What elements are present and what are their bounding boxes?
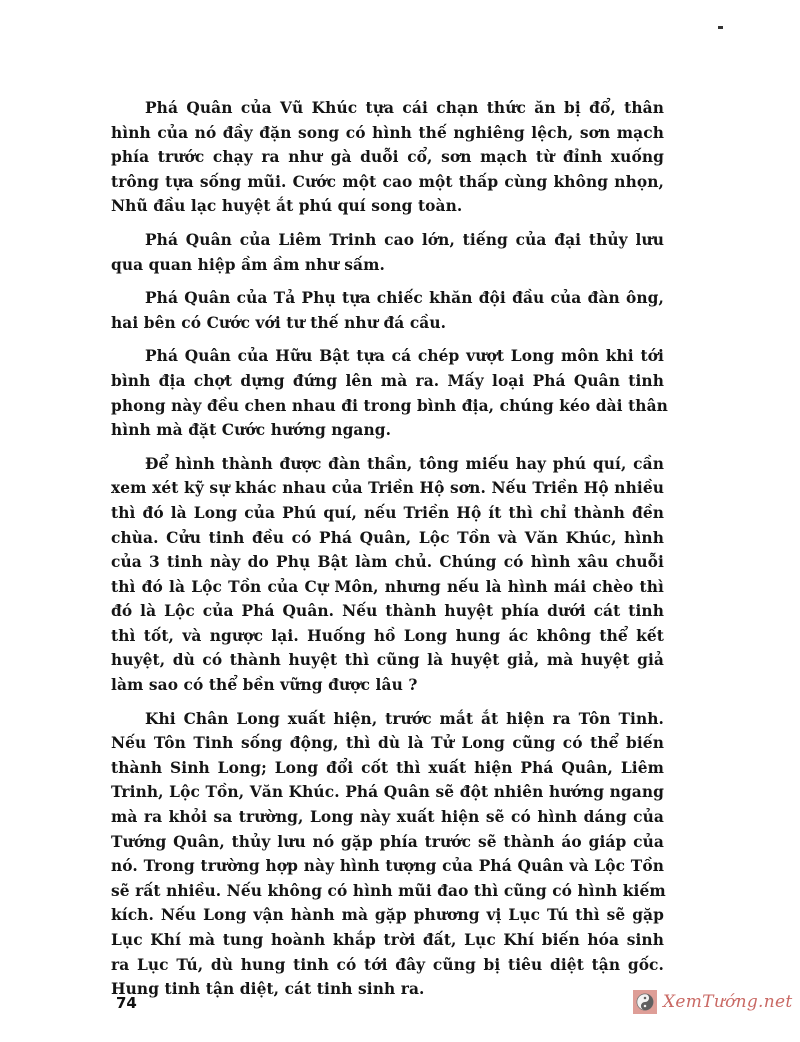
text-line: xem xét kỹ sự khác nhau của Triền Hộ sơn… bbox=[111, 476, 664, 501]
paragraph-3: Phá Quân của Tả Phụ tựa chiếc khăn đội đ… bbox=[111, 286, 664, 335]
text-line: Trinh, Lộc Tồn, Văn Khúc. Phá Quân sẽ độ… bbox=[111, 780, 664, 805]
text-line: Nếu Tôn Tinh sống động, thì dù là Tử Lon… bbox=[111, 731, 664, 756]
yin-yang-icon bbox=[633, 990, 657, 1014]
page-body: Phá Quân của Vũ Khúc tựa cái chạn thức ă… bbox=[111, 96, 664, 1011]
text-line: mà ra khỏi sa trường, Long này xuất hiện… bbox=[111, 805, 664, 830]
paragraph-1: Phá Quân của Vũ Khúc tựa cái chạn thức ă… bbox=[111, 96, 664, 219]
text-line: làm sao có thể bền vững được lâu ? bbox=[111, 673, 664, 698]
text-line: bình địa chợt dựng đứng lên mà ra. Mấy l… bbox=[111, 369, 664, 394]
text-line: chùa. Cửu tinh đều có Phá Quân, Lộc Tồn … bbox=[111, 526, 664, 551]
paragraph-5: Để hình thành được đàn thần, tông miếu h… bbox=[111, 452, 664, 698]
paragraph-6: Khi Chân Long xuất hiện, trước mắt ắt hi… bbox=[111, 707, 664, 1002]
text-line: thì đó là Lộc Tồn của Cự Môn, nhưng nếu … bbox=[111, 575, 664, 600]
text-line: trông tựa sống mũi. Cước một cao một thấ… bbox=[111, 170, 664, 195]
text-line: hình của nó đầy đặn song có hình thế ngh… bbox=[111, 121, 664, 146]
text-line: hình mà đặt Cước hướng ngang. bbox=[111, 418, 664, 443]
page-number: 74 bbox=[116, 994, 137, 1012]
text-line: Phá Quân của Hữu Bật tựa cá chép vượt Lo… bbox=[111, 344, 664, 369]
text-line: Tướng Quân, thủy lưu nó gặp phía trước s… bbox=[111, 830, 664, 855]
text-line: Để hình thành được đàn thần, tông miếu h… bbox=[111, 452, 664, 477]
text-line: kích. Nếu Long vận hành mà gặp phương vị… bbox=[111, 903, 664, 928]
scan-mark bbox=[718, 26, 723, 29]
text-line: phía trước chạy ra như gà duỗi cổ, sơn m… bbox=[111, 145, 664, 170]
text-line: đó là Lộc của Phá Quân. Nếu thành huyệt … bbox=[111, 599, 664, 624]
paragraph-4: Phá Quân của Hữu Bật tựa cá chép vượt Lo… bbox=[111, 344, 664, 442]
text-line: ra Lục Tú, dù hung tinh có tới đây cũng … bbox=[111, 953, 664, 978]
text-line: hai bên có Cước với tư thế như đá cầu. bbox=[111, 311, 664, 336]
text-line: sẽ rất nhiều. Nếu không có hình mũi đao … bbox=[111, 879, 664, 904]
text-line: Phá Quân của Liêm Trinh cao lớn, tiếng c… bbox=[111, 228, 664, 253]
text-line: của 3 tinh này do Phụ Bật làm chủ. Chúng… bbox=[111, 550, 664, 575]
paragraph-2: Phá Quân của Liêm Trinh cao lớn, tiếng c… bbox=[111, 228, 664, 277]
text-line: Phá Quân của Vũ Khúc tựa cái chạn thức ă… bbox=[111, 96, 664, 121]
text-line: Hung tinh tận diệt, cát tinh sinh ra. bbox=[111, 977, 664, 1002]
text-line: thì đó là Long của Phú quí, nếu Triền Hộ… bbox=[111, 501, 664, 526]
text-line: thành Sinh Long; Long đổi cốt thì xuất h… bbox=[111, 756, 664, 781]
text-line: qua quan hiệp ầm ầm như sấm. bbox=[111, 253, 664, 278]
text-line: Phá Quân của Tả Phụ tựa chiếc khăn đội đ… bbox=[111, 286, 664, 311]
text-line: thì tốt, và ngược lại. Huống hồ Long hun… bbox=[111, 624, 664, 649]
text-line: phong này đều chen nhau đi trong bình đị… bbox=[111, 394, 664, 419]
text-line: Nhũ đầu lạc huyệt ắt phú quí song toàn. bbox=[111, 194, 664, 219]
watermark: XemTướng.net bbox=[633, 990, 792, 1014]
text-line: huyệt, dù có thành huyệt thì cũng là huy… bbox=[111, 648, 664, 673]
watermark-text: XemTướng.net bbox=[663, 992, 792, 1012]
text-line: Lục Khí mà tung hoành khắp trời đất, Lục… bbox=[111, 928, 664, 953]
text-line: Khi Chân Long xuất hiện, trước mắt ắt hi… bbox=[111, 707, 664, 732]
text-line: nó. Trong trường hợp này hình tượng của … bbox=[111, 854, 664, 879]
